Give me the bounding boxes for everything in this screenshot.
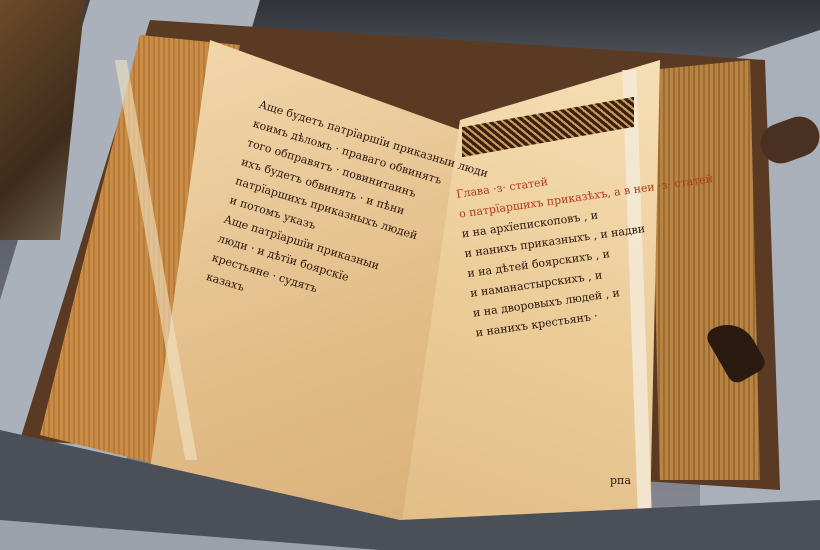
photo-scene: Аще будетъ патрїаршїи приказныи люди кои… <box>0 0 820 550</box>
folio-number: рпа <box>610 474 631 487</box>
